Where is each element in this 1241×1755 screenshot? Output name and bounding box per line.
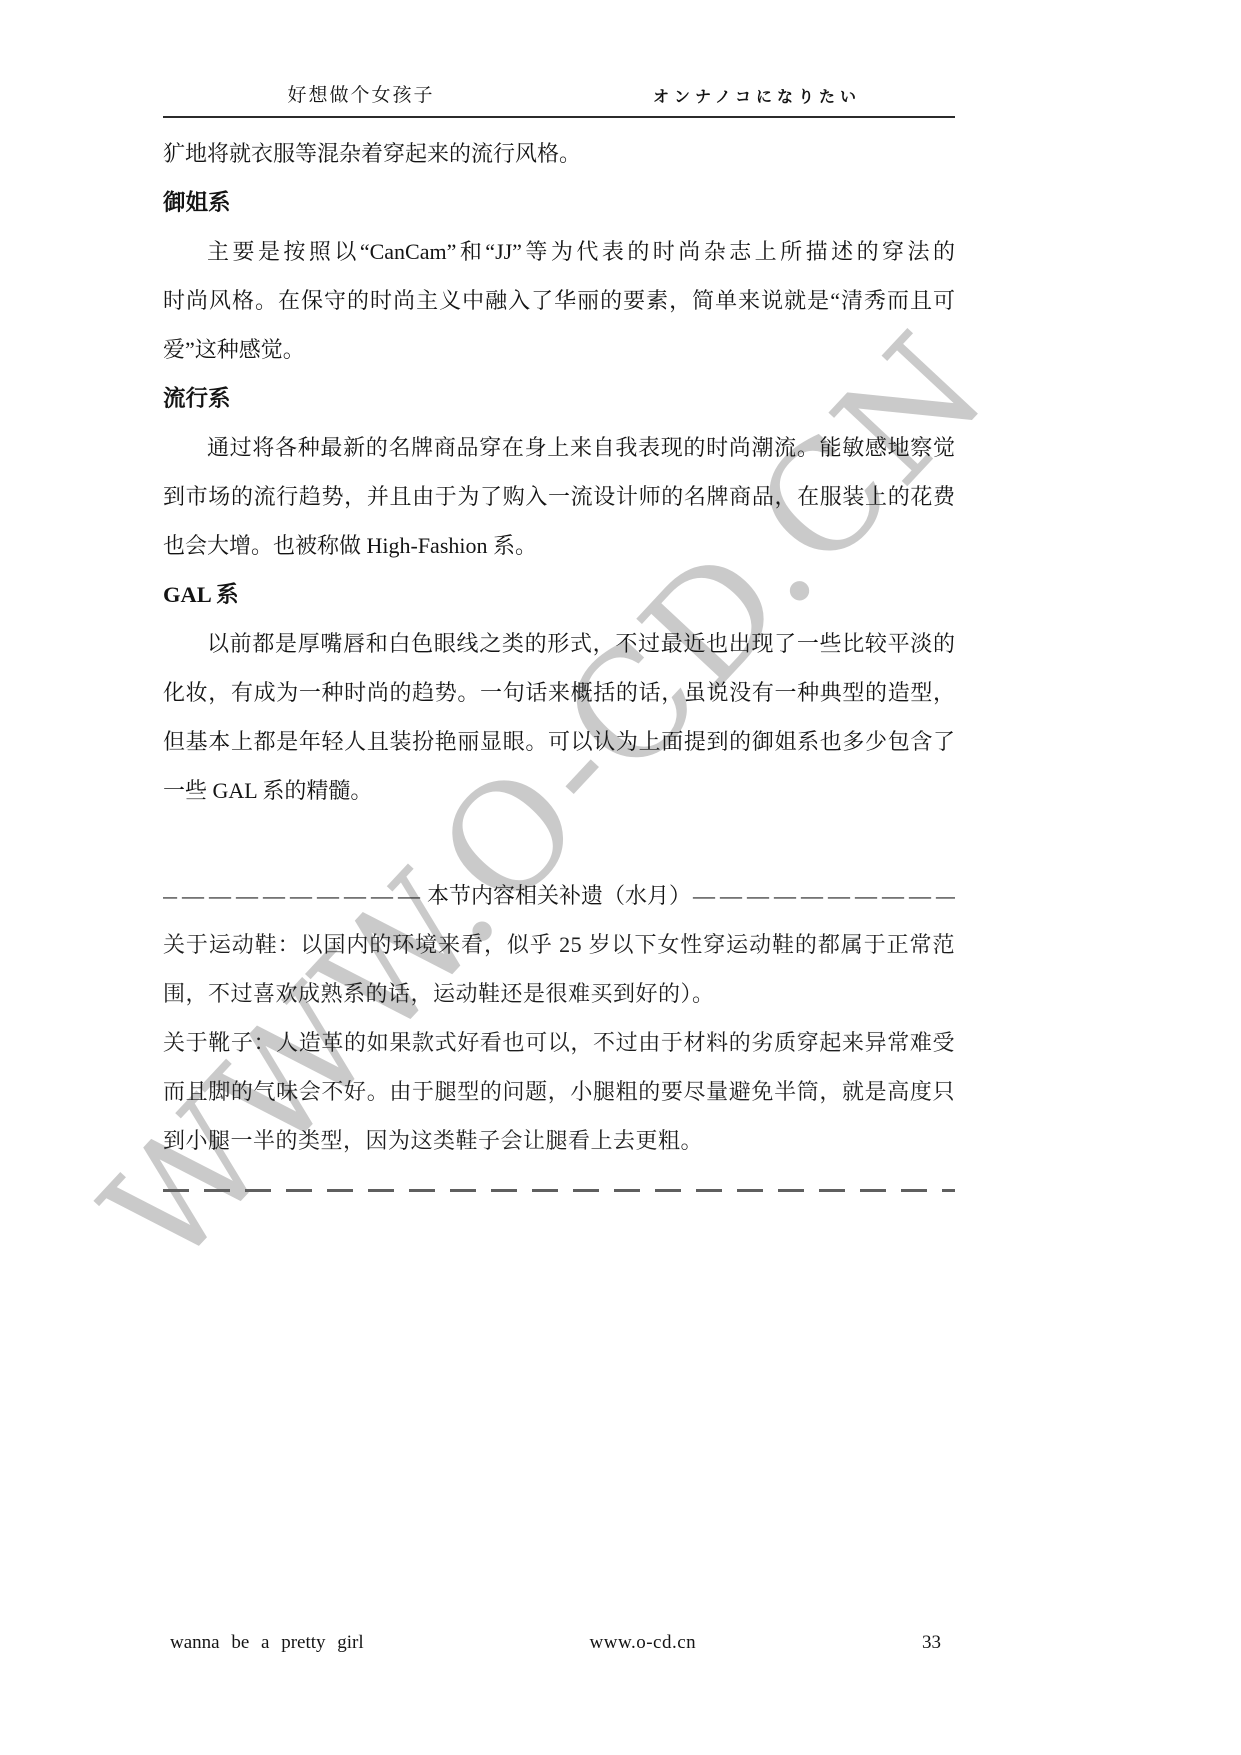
text-line: 以前都是厚嘴唇和白色眼线之类的形式，不过最近也出现了一些比较平淡的 [163,619,955,668]
separator-label: 本节内容相关补遗（水月） [425,871,693,920]
header-title-japanese: オンナノコになりたい [559,84,955,107]
supplement-line: 关于靴子：人造革的如果款式好看也可以，不过由于材料的劣质穿起来异常难受 [163,1018,955,1067]
vertical-spacer [163,815,955,871]
supplement-separator: ————————————— 本节内容相关补遗（水月） ————————————— [163,871,955,920]
dashed-divider [163,1189,955,1192]
footer-left-text: wanna be a pretty girl [170,1632,364,1654]
text-line: 化妆，有成为一种时尚的趋势。一句话来概括的话，虽说没有一种典型的造型， [163,668,955,717]
header-title-chinese: 好想做个女孩子 [163,80,559,107]
section-heading-liuxing: 流行系 [163,374,955,423]
supplement-line: 到小腿一半的类型，因为这类鞋子会让腿看上去更粗。 [163,1116,955,1165]
text-line: 主要是按照以“CanCam”和“JJ”等为代表的时尚杂志上所描述的穿法的 [163,227,955,276]
footer-site-url: www.o-cd.cn [590,1632,697,1654]
text-line: 犷地将就衣服等混杂着穿起来的流行风格。 [163,129,955,178]
section-heading-yujie: 御姐系 [163,178,955,227]
document-page: WWW.O-CD.CN 好想做个女孩子 オンナノコになりたい 犷地将就衣服等混杂… [0,0,1241,1755]
supplement-line: 而且脚的气味会不好。由于腿型的问题，小腿粗的要尽量避免半筒，就是高度只 [163,1067,955,1116]
separator-dashes-right: ————————————— [693,871,955,920]
text-line: 通过将各种最新的名牌商品穿在身上来自我表现的时尚潮流。能敏感地察觉 [163,423,955,472]
separator-dashes-left: ————————————— [163,871,425,920]
page-content: 好想做个女孩子 オンナノコになりたい 犷地将就衣服等混杂着穿起来的流行风格。 御… [163,80,955,1214]
text-line: 一些 GAL 系的精髓。 [163,766,955,815]
text-line: 但基本上都是年轻人且装扮艳丽显眼。可以认为上面提到的御姐系也多少包含了 [163,717,955,766]
page-header: 好想做个女孩子 オンナノコになりたい [163,80,955,107]
page-footer: wanna be a pretty girl www.o-cd.cn 33 [170,1632,941,1654]
supplement-line: 围，不过喜欢成熟系的话，运动鞋还是很难买到好的）。 [163,969,955,1018]
text-line: 爱”这种感觉。 [163,325,955,374]
header-rule [163,116,955,118]
text-line: 时尚风格。在保守的时尚主义中融入了华丽的要素，简单来说就是“清秀而且可 [163,276,955,325]
page-number: 33 [922,1632,941,1654]
section-heading-gal: GAL 系 [163,570,955,619]
text-line: 到市场的流行趋势，并且由于为了购入一流设计师的名牌商品，在服装上的花费 [163,472,955,521]
body-text: 犷地将就衣服等混杂着穿起来的流行风格。 御姐系 主要是按照以“CanCam”和“… [163,129,955,1192]
text-line: 也会大增。也被称做 High-Fashion 系。 [163,521,955,570]
supplement-line: 关于运动鞋：以国内的环境来看，似乎 25 岁以下女性穿运动鞋的都属于正常范 [163,920,955,969]
